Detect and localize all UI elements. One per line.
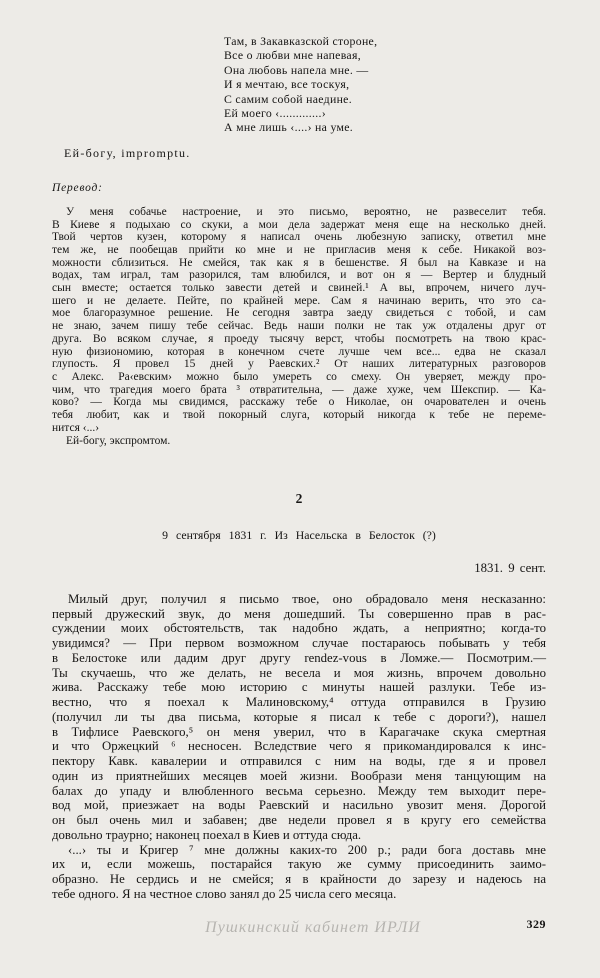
text-line: и что Оржецкий ⁶ несносен. Вследствие че… <box>52 739 546 754</box>
text-line: балах до упаду и влюбленного весьма серь… <box>52 784 546 799</box>
text-line: чим, что трагедия моего брата ³ отвратит… <box>52 384 546 397</box>
text-line: с Алекс. Ра‹евским› можно было умереть с… <box>52 371 546 384</box>
text-line: С самим собой наедине. <box>224 92 546 106</box>
text-line: Ей моего ‹.............› <box>224 106 546 120</box>
text-line: Все о любви мне напевая, <box>224 48 546 62</box>
text-line: Твой чертов кузен, которому я написал оч… <box>52 231 546 244</box>
text-line: водах, там играл, там разорился, там влю… <box>52 269 546 282</box>
book-page: Там, в Закавказской стороне,Все о любви … <box>0 0 600 978</box>
text-line: в Тифлисе Раевского,⁵ он меня уверил, чт… <box>52 725 546 740</box>
text-line: вестно, что я поехал к Малиновскому,⁴ от… <box>52 695 546 710</box>
text-line: ‹...› ты и Кригер ⁷ мне должны каких-то … <box>52 843 546 858</box>
text-line: вод мой, приезжает на воды Раевский и на… <box>52 798 546 813</box>
text-line: Ты скучаешь, что же делать, не весела и … <box>52 666 546 681</box>
page-footer: Пушкинский кабинет ИРЛИ 329 <box>52 917 546 939</box>
translation-label: Перевод: <box>52 182 546 194</box>
text-line: один из приятнейших месяцев моей жизни. … <box>52 769 546 784</box>
letter1-translation-paragraph: У меня собачье настроение, и это письмо,… <box>52 206 546 435</box>
text-line: И я мечтаю, все тоскуя, <box>224 77 546 91</box>
text-line: друга. Во всяком случае, я проеду тысячу… <box>52 333 546 346</box>
text-line: ную физиономию, которая в конечном счете… <box>52 346 546 359</box>
letter2-section-number: 2 <box>52 491 546 507</box>
text-line: У меня собачье настроение, и это письмо,… <box>52 206 546 219</box>
text-line: увидимся? — При первом возможном случае … <box>52 636 546 651</box>
text-line: Там, в Закавказской стороне, <box>224 34 546 48</box>
letter1-russian-signoff: Ей-богу, экспромтом. <box>66 435 546 448</box>
text-line: В Киеве я подыхаю со скуки, а мои дела з… <box>52 219 546 232</box>
text-line: не знаю, зачем пишу тебе сейчас. Ведь на… <box>52 320 546 333</box>
text-line: он был очень мил и забавен; две недели п… <box>52 813 546 828</box>
text-line: можности сблизиться. Не смейся, так как … <box>52 257 546 270</box>
text-line: довольно траурно; наконец поехал в Киев … <box>52 828 546 843</box>
letter2-date-heading: 9 сентября 1831 г. Из Насельска в Белост… <box>52 528 546 543</box>
text-line: (получил ли ты два письма, которые я пис… <box>52 710 546 725</box>
text-line: сын вместе; остается только завести дете… <box>52 282 546 295</box>
text-line: ково? — Когда мы свидимся, расскажу тебе… <box>52 396 546 409</box>
library-watermark: Пушкинский кабинет ИРЛИ <box>205 919 421 937</box>
text-line: их и, если можешь, постарайся такую же с… <box>52 857 546 872</box>
text-line: пектору Кавк. кавалерии и отправился с н… <box>52 754 546 769</box>
text-line: глупость. Я провел 15 дней у Раевских.² … <box>52 358 546 371</box>
text-line: А мне лишь ‹....› на уме. <box>224 120 546 134</box>
text-line: Она любовь напела мне. — <box>224 63 546 77</box>
text-line: Милый друг, получил я письмо твое, оно о… <box>52 592 546 607</box>
text-line: жива. Расскажу тебе мою историю с минуты… <box>52 680 546 695</box>
text-line: тем же, не пообещав прийти ко мне и не п… <box>52 244 546 257</box>
text-line: в Белостоке или дадим друг другу rendez-… <box>52 651 546 666</box>
text-line: первый дружеский звук, до меня дошедший.… <box>52 607 546 622</box>
text-line: тебе одного. Я на честное слово занял до… <box>52 887 546 902</box>
text-line: нится ‹...› <box>52 422 546 435</box>
letter2-paragraph-1: Милый друг, получил я письмо твое, оно о… <box>52 592 546 843</box>
poem-block: Там, в Закавказской стороне,Все о любви … <box>224 34 546 135</box>
letter2-paragraph-2: ‹...› ты и Кригер ⁷ мне должны каких-то … <box>52 843 546 902</box>
letter1-french-signoff: Ей-богу, impromptu. <box>64 146 546 161</box>
page-number: 329 <box>527 917 547 932</box>
letter2-dateline: 1831. 9 сент. <box>52 561 546 576</box>
text-line: тебя любит, как и твой покорный слуга, к… <box>52 409 546 422</box>
text-line: мое благоразумное решение. Не сегодня за… <box>52 307 546 320</box>
text-line: образно. Не сердись и не смейся; я в кра… <box>52 872 546 887</box>
text-line: суждении моих обстоятельств, так надобно… <box>52 621 546 636</box>
text-line: шего и не делаете. Пейте, по крайней мер… <box>52 295 546 308</box>
